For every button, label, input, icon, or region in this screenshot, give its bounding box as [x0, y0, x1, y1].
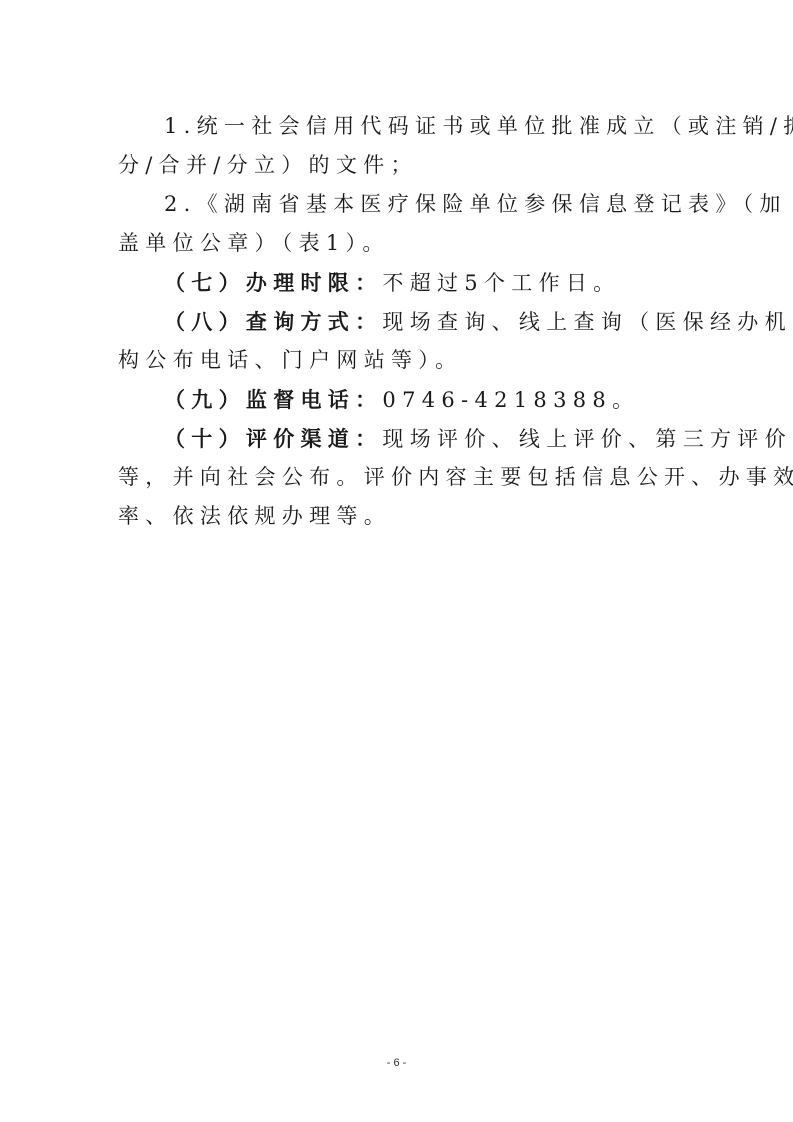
list-item-1-line-2: 分/合并/分立）的文件；	[118, 146, 664, 185]
section-evaluation-continued-1: 等，并向社会公布。评价内容主要包括信息公开、办事效	[118, 458, 664, 497]
line-text: 1.统一社会信用代码证书或单位批准成立（或注销/拆	[164, 114, 793, 138]
line-text: 率、依法依规办理等。	[118, 504, 391, 528]
section-processing-time: （七）办理时限：不超过5个工作日。	[118, 263, 664, 302]
line-text: 分/合并/分立）的文件；	[118, 153, 418, 177]
section-query-method-continued: 构公布电话、门户网站等）。	[118, 341, 664, 380]
document-body: 1.统一社会信用代码证书或单位批准成立（或注销/拆 分/合并/分立）的文件； 2…	[118, 107, 664, 536]
section-query-method: （八）查询方式：现场查询、线上查询（医保经办机	[118, 302, 664, 341]
list-item-2-line-1: 2.《湖南省基本医疗保险单位参保信息登记表》（加	[118, 185, 664, 224]
phone-number: 0746-4218388。	[382, 388, 639, 412]
line-text: 等，并向社会公布。评价内容主要包括信息公开、办事效	[118, 465, 793, 489]
section-evaluation-continued-2: 率、依法依规办理等。	[118, 497, 664, 536]
section-label: （九）监督电话：	[164, 387, 382, 412]
line-text: 2.《湖南省基本医疗保险单位参保信息登记表》（加	[164, 192, 787, 216]
line-text: 盖单位公章）（表1）。	[118, 231, 390, 255]
list-item-1-line-1: 1.统一社会信用代码证书或单位批准成立（或注销/拆	[118, 107, 664, 146]
page-number: - 6 -	[0, 1057, 793, 1069]
section-text: 不超过5个工作日。	[382, 271, 620, 295]
section-label: （十）评价渠道：	[164, 426, 382, 451]
section-text: 现场评价、线上评价、第三方评价	[382, 427, 792, 451]
section-label: （七）办理时限：	[164, 270, 382, 295]
document-page: 1.统一社会信用代码证书或单位批准成立（或注销/拆 分/合并/分立）的文件； 2…	[0, 0, 793, 1122]
section-evaluation-channels: （十）评价渠道：现场评价、线上评价、第三方评价	[118, 419, 664, 458]
line-text: 构公布电话、门户网站等）。	[118, 348, 462, 372]
section-label: （八）查询方式：	[164, 309, 382, 334]
section-text: 现场查询、线上查询（医保经办机	[382, 310, 792, 334]
list-item-2-line-2: 盖单位公章）（表1）。	[118, 224, 664, 263]
section-supervision-phone: （九）监督电话：0746-4218388。	[118, 380, 664, 419]
